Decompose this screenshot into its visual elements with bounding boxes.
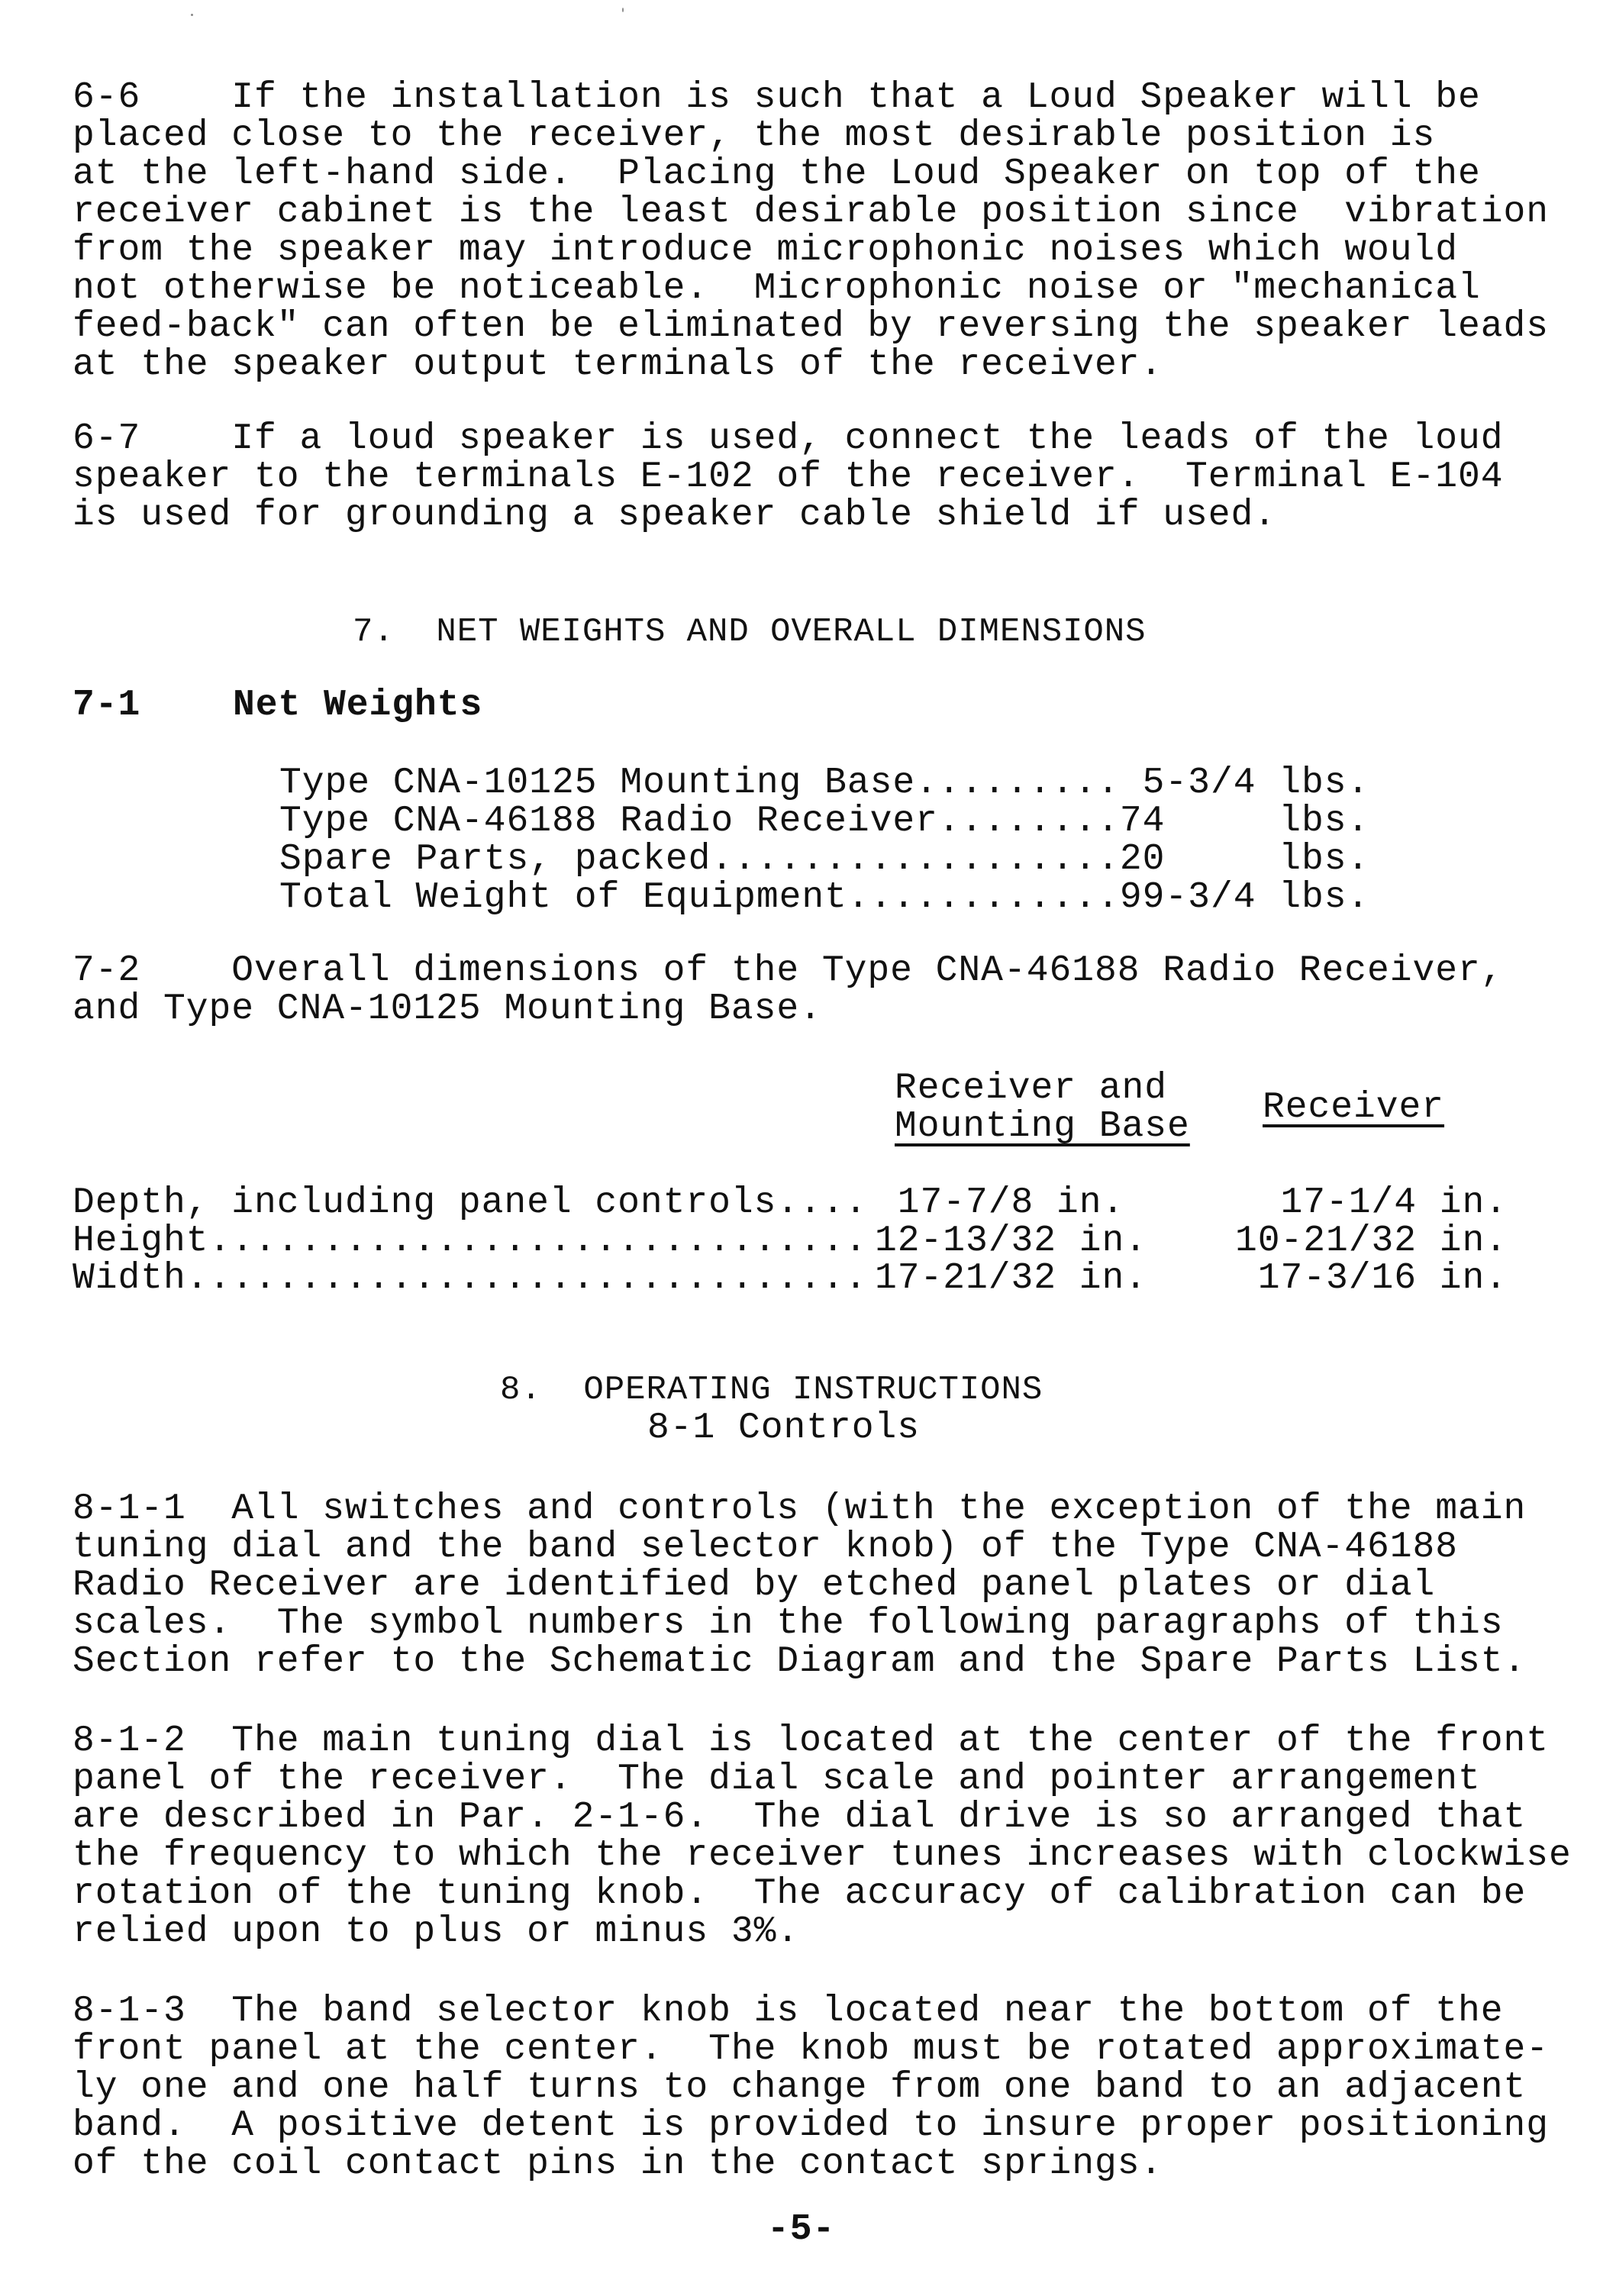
dimensions-row-label: Depth, including panel controls.... [73, 1184, 867, 1222]
paragraph-line: scales. The symbol numbers in the follow… [73, 1604, 1526, 1643]
weight-row: Total Weight of Equipment............99-… [279, 879, 1369, 917]
dimensions-row-receiver: 17-1/4 in. [1235, 1184, 1508, 1222]
dimensions-col2-header: Receiver [1263, 1088, 1444, 1127]
paragraph-line: placed close to the receiver, the most d… [73, 117, 1549, 155]
paragraph-8-1-1: 8-1-1 All switches and controls (with th… [73, 1490, 1526, 1681]
section-8-1-subheading: 8-1 Controls [647, 1409, 920, 1447]
paragraph-line: 8-1-1 All switches and controls (with th… [73, 1490, 1526, 1528]
paragraph-line: speaker to the terminals E-102 of the re… [73, 458, 1504, 496]
paragraph-line: the frequency to which the receiver tune… [73, 1836, 1572, 1875]
weight-row: Spare Parts, packed..................20 … [279, 840, 1369, 879]
scan-speck [191, 14, 193, 16]
paragraph-7-2: 7-2 Overall dimensions of the Type CNA-4… [73, 952, 1504, 1028]
paragraph-6-6: 6-6 If the installation is such that a L… [73, 79, 1549, 384]
paragraph-line: at the left-hand side. Placing the Loud … [73, 155, 1549, 193]
dimensions-row-label: Width.............................. [73, 1259, 867, 1298]
paragraph-line: panel of the receiver. The dial scale an… [73, 1760, 1572, 1798]
paragraph-line: is used for grounding a speaker cable sh… [73, 496, 1504, 534]
paragraph-line: 7-2 Overall dimensions of the Type CNA-4… [73, 952, 1504, 990]
dimensions-row-label: Height............................. [73, 1222, 867, 1260]
paragraph-line: and Type CNA-10125 Mounting Base. [73, 990, 1504, 1028]
paragraph-line: from the speaker may introduce microphon… [73, 231, 1549, 269]
paragraph-8-1-3: 8-1-3 The band selector knob is located … [73, 1992, 1549, 2183]
net-weights-list: Type CNA-10125 Mounting Base......... 5-… [279, 764, 1369, 917]
paragraph-line: ly one and one half turns to change from… [73, 2069, 1549, 2107]
subsection-7-1-number: 7-1 [73, 686, 140, 724]
paragraph-line: 8-1-3 The band selector knob is located … [73, 1992, 1549, 2030]
section-8-heading: 8. OPERATING INSTRUCTIONS [500, 1371, 1043, 1409]
scan-speck [622, 8, 624, 12]
document-page: 6-6 If the installation is such that a L… [0, 0, 1616, 2296]
section-7-heading: 7. NET WEIGHTS AND OVERALL DIMENSIONS [353, 613, 1146, 651]
paragraph-8-1-2: 8-1-2 The main tuning dial is located at… [73, 1722, 1572, 1951]
paragraph-line: of the coil contact pins in the contact … [73, 2145, 1549, 2183]
paragraph-line: receiver cabinet is the least desirable … [73, 193, 1549, 231]
paragraph-6-7: 6-7 If a loud speaker is used, connect t… [73, 420, 1504, 534]
paragraph-line: tuning dial and the band selector knob) … [73, 1528, 1526, 1566]
subsection-7-1-title: Net Weights [233, 686, 482, 724]
dimensions-row-with-base: 17-7/8 in. [875, 1184, 1124, 1222]
paragraph-line: 6-7 If a loud speaker is used, connect t… [73, 420, 1504, 458]
paragraph-line: 6-6 If the installation is such that a L… [73, 79, 1549, 117]
paragraph-line: are described in Par. 2-1-6. The dial dr… [73, 1798, 1572, 1836]
dimensions-col1-header-line2: Mounting Base [895, 1108, 1190, 1146]
paragraph-line: band. A positive detent is provided to i… [73, 2107, 1549, 2145]
dimensions-row-receiver: 10-21/32 in. [1235, 1222, 1508, 1260]
page-number: -5- [767, 2211, 835, 2249]
paragraph-line: feed-back" can often be eliminated by re… [73, 308, 1549, 346]
paragraph-line: not otherwise be noticeable. Microphonic… [73, 269, 1549, 308]
paragraph-line: 8-1-2 The main tuning dial is located at… [73, 1722, 1572, 1760]
paragraph-line: Section refer to the Schematic Diagram a… [73, 1643, 1526, 1681]
dimensions-col1-header-line1: Receiver and [895, 1069, 1167, 1108]
paragraph-line: at the speaker output terminals of the r… [73, 346, 1549, 384]
dimensions-row-receiver: 17-3/16 in. [1235, 1259, 1508, 1298]
paragraph-line: rotation of the tuning knob. The accurac… [73, 1875, 1572, 1913]
dimensions-row-with-base: 17-21/32 in. [875, 1259, 1147, 1298]
paragraph-line: relied upon to plus or minus 3%. [73, 1913, 1572, 1951]
paragraph-line: front panel at the center. The knob must… [73, 2030, 1549, 2069]
weight-row: Type CNA-46188 Radio Receiver........74 … [279, 802, 1369, 840]
dimensions-row-with-base: 12-13/32 in. [875, 1222, 1147, 1260]
paragraph-line: Radio Receiver are identified by etched … [73, 1566, 1526, 1604]
weight-row: Type CNA-10125 Mounting Base......... 5-… [279, 764, 1369, 802]
